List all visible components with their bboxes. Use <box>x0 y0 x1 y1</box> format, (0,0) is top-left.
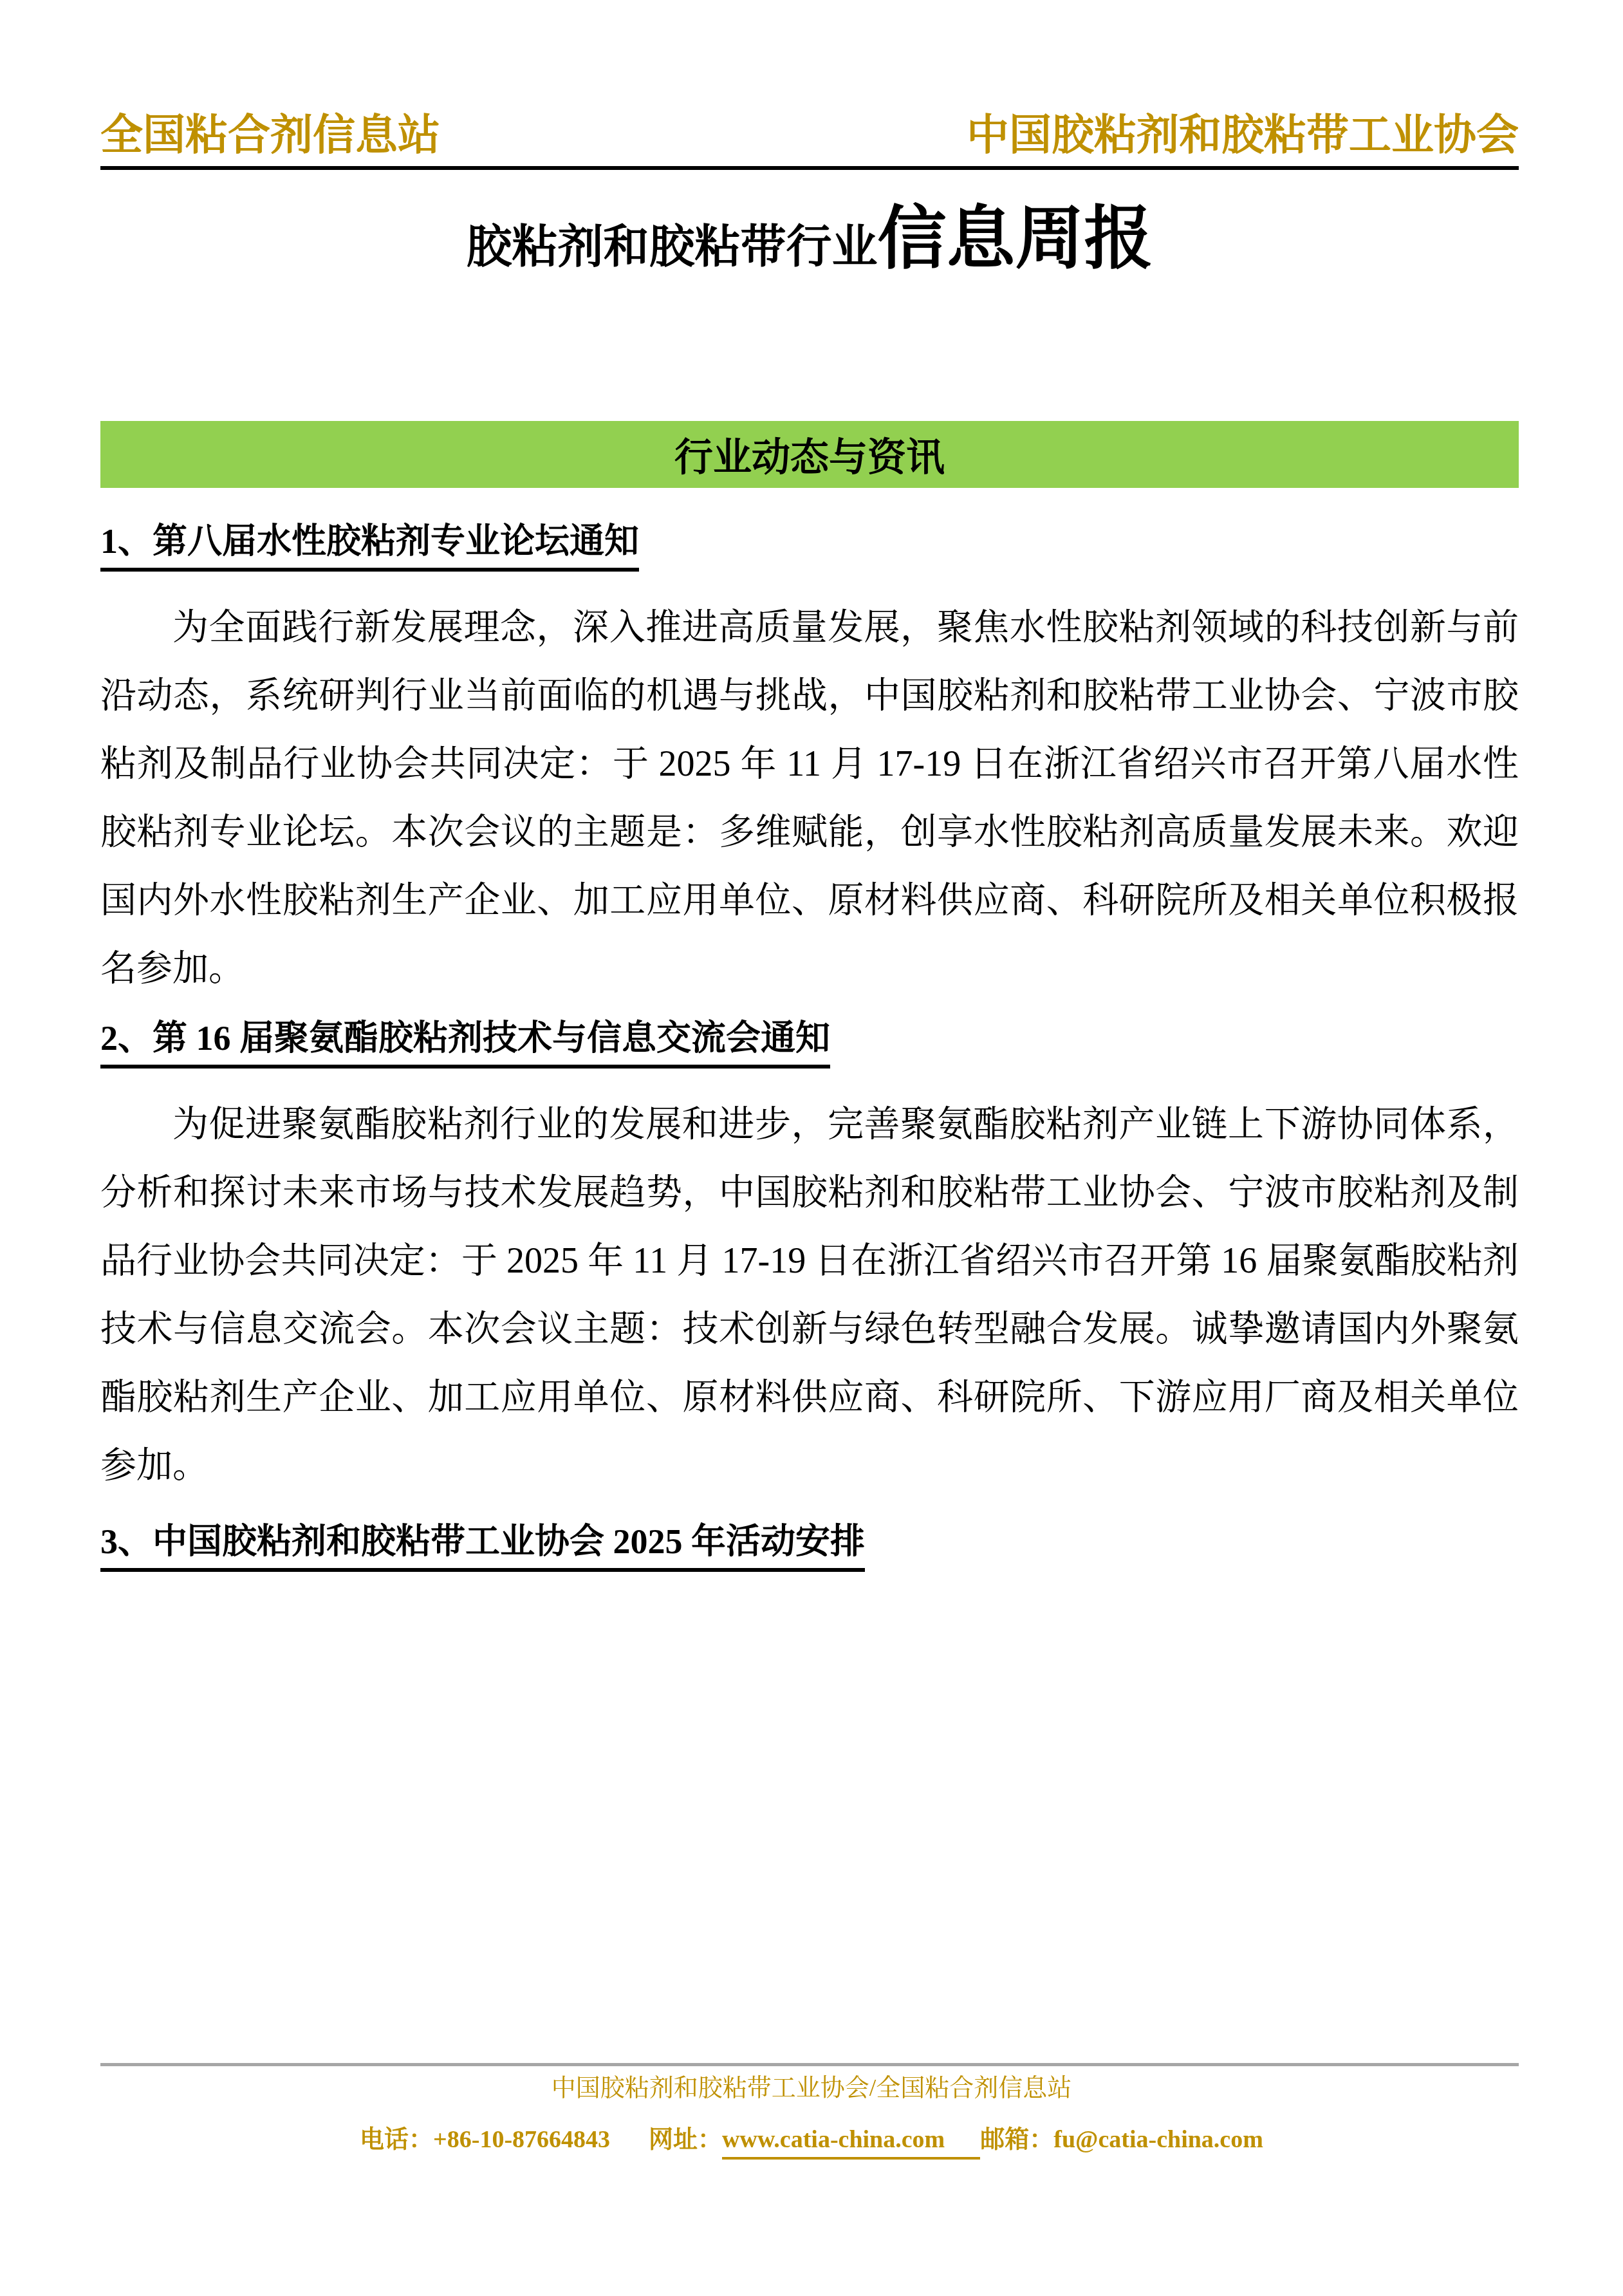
section-1: 1、第八届水性胶粘剂专业论坛通知 为全面践行新发展理念，深入推进高质量发展，聚焦… <box>100 521 1519 1003</box>
footer-phone-number: +86-10-87664843 <box>433 2126 610 2153</box>
section-1-heading: 1、第八届水性胶粘剂专业论坛通知 <box>100 521 1519 572</box>
section-1-heading-text: 1、第八届水性胶粘剂专业论坛通知 <box>100 521 639 572</box>
footer-phone-label: 电话： <box>360 2126 433 2153</box>
header-divider <box>100 166 1519 170</box>
section-3-heading: 3、中国胶粘剂和胶粘带工业协会 2025 年活动安排 <box>100 1522 1519 1572</box>
document-page: 全国粘合剂信息站 中国胶粘剂和胶粘带工业协会 胶粘剂和胶粘带行业信息周报 行业动… <box>0 0 1623 2296</box>
section-2-paragraph: 为促进聚氨酯胶粘剂行业的发展和进步，完善聚氨酯胶粘剂产业链上下游协同体系，分析和… <box>100 1090 1519 1500</box>
section-banner-label: 行业动态与资讯 <box>674 427 945 482</box>
header-right-org: 中国胶粘剂和胶粘带工业协会 <box>967 115 1519 157</box>
footer-contact-line: 电话：+86-10-87664843网址：www.catia-china.com… <box>0 2125 1623 2155</box>
section-2-heading-text: 2、第 16 届聚氨酯胶粘剂技术与信息交流会通知 <box>100 1018 830 1069</box>
section-2: 2、第 16 届聚氨酯胶粘剂技术与信息交流会通知 为促进聚氨酯胶粘剂行业的发展和… <box>100 1018 1519 1500</box>
page-content: 全国粘合剂信息站 中国胶粘剂和胶粘带工业协会 胶粘剂和胶粘带行业信息周报 行业动… <box>0 0 1623 1572</box>
footer-website-label: 网址： <box>649 2126 722 2153</box>
footer-email-address: fu@catia-china.com <box>1053 2126 1263 2153</box>
page-header: 全国粘合剂信息站 中国胶粘剂和胶粘带工业协会 <box>100 0 1519 157</box>
document-title-prefix: 胶粘剂和胶粘带行业 <box>466 222 877 272</box>
footer-divider <box>100 2063 1519 2066</box>
section-2-heading: 2、第 16 届聚氨酯胶粘剂技术与信息交流会通知 <box>100 1018 1519 1069</box>
footer-organization-line: 中国胶粘剂和胶粘带工业协会/全国粘合剂信息站 <box>0 2074 1623 2104</box>
footer-email-label: 邮箱： <box>980 2126 1053 2153</box>
header-left-org: 全国粘合剂信息站 <box>100 115 440 157</box>
document-title-main: 信息周报 <box>878 201 1153 277</box>
document-title: 胶粘剂和胶粘带行业信息周报 <box>100 205 1519 274</box>
section-banner: 行业动态与资讯 <box>100 421 1519 488</box>
section-1-paragraph: 为全面践行新发展理念，深入推进高质量发展，聚焦水性胶粘剂领域的科技创新与前沿动态… <box>100 593 1519 1003</box>
section-3: 3、中国胶粘剂和胶粘带工业协会 2025 年活动安排 <box>100 1522 1519 1572</box>
footer-website-link[interactable]: www.catia-china.com <box>722 2126 980 2160</box>
section-3-heading-text: 3、中国胶粘剂和胶粘带工业协会 2025 年活动安排 <box>100 1522 865 1572</box>
